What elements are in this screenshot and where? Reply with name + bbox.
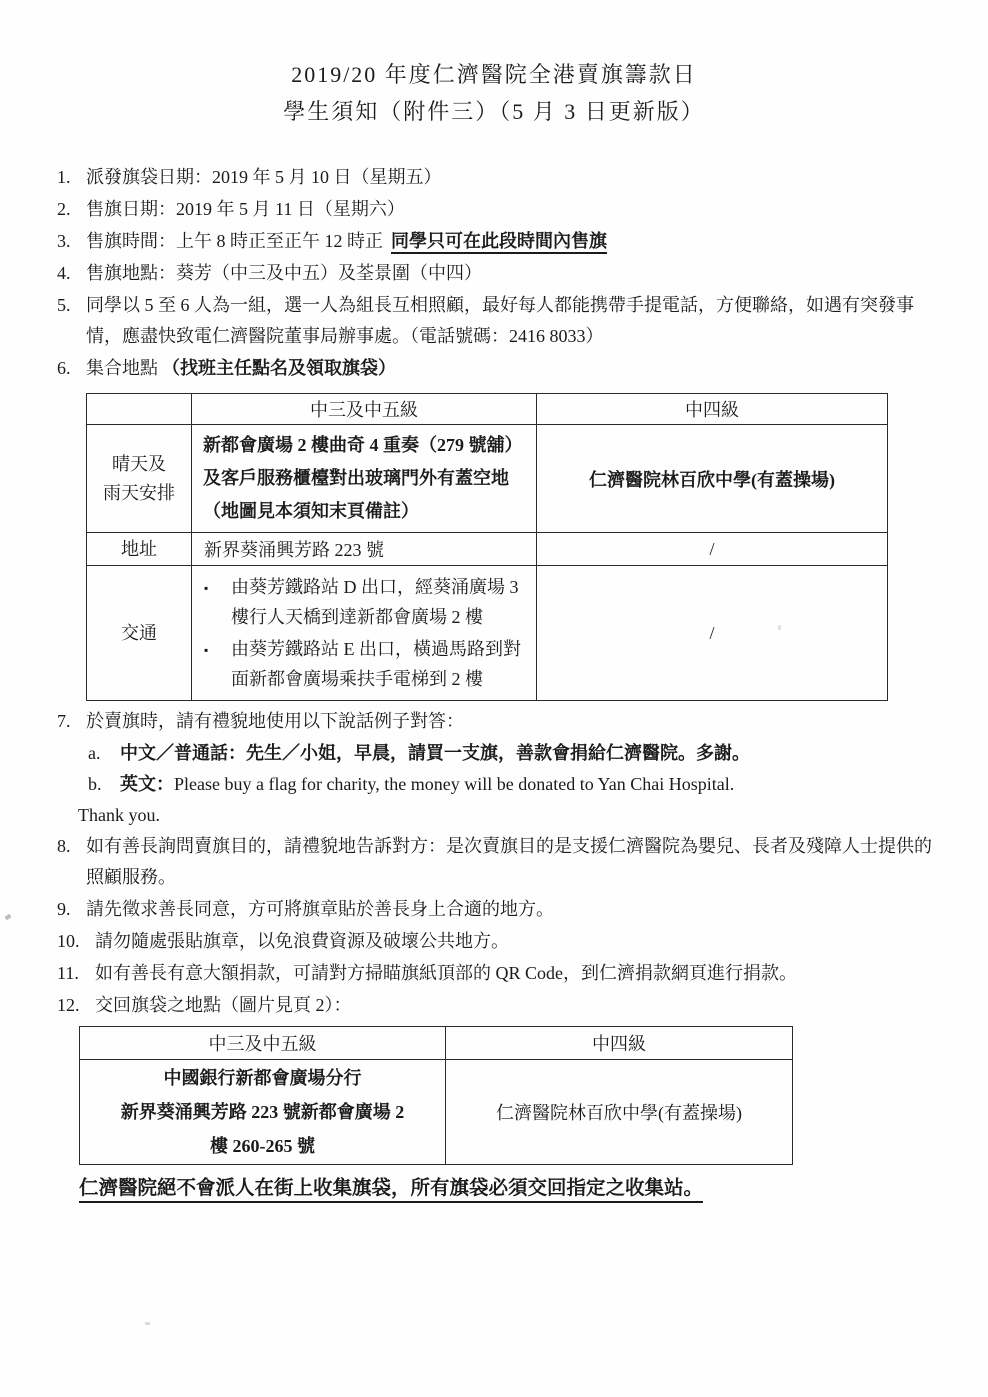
table-row-weather-arrangement: 晴天及 雨天安排 新都會廣場 2 樓曲奇 4 重奏（279 號舖）及客戶服務櫃檯… — [87, 425, 888, 533]
table-row-return-locations: 中國銀行新都會廣場分行 新界葵涌興芳路 223 號新都會廣場 2 樓 260-2… — [80, 1060, 793, 1165]
sub-item-text-english: 英文：Please buy a flag for charity, the mo… — [120, 769, 932, 800]
footer-warning-text: 仁濟醫院絕不會派人在街上收集旗袋，所有旗袋必須交回指定之收集站。 — [79, 1178, 703, 1203]
item-text-bold: （找班主任點名及領取旗袋） — [162, 358, 396, 378]
address-f4-na: / — [537, 533, 888, 566]
item-text: 售旗地點：葵芳（中三及中五）及荃景圍（中四） — [86, 258, 932, 289]
list-item-3: 3. 售旗時間：上午 8 時正至正午 12 時正同學只可在此段時間內售旗 — [57, 226, 932, 257]
square-bullet-icon: ▪ — [204, 634, 231, 694]
item-text: 如有善長有意大額捐款，可請對方掃瞄旗紙頂部的 QR Code，到仁濟捐款網頁進行… — [95, 958, 932, 989]
item-text: 派發旗袋日期：2019 年 5 月 10 日（星期五） — [86, 162, 932, 193]
list-item-10: 10. 請勿隨處張貼旗章，以免浪費資源及破壞公共地方。 — [57, 926, 932, 957]
scan-artifact-speck — [4, 914, 11, 921]
row-label-transport: 交通 — [87, 566, 192, 701]
item-text-emphasis-underlined: 同學只可在此段時間內售旗 — [391, 231, 607, 254]
item-text: 售旗時間：上午 8 時正至正午 12 時正同學只可在此段時間內售旗 — [86, 226, 932, 257]
item-number: 8. — [57, 831, 86, 893]
transport-directions-f3f5: ▪ 由葵芳鐵路站 D 出口，經葵涌廣場 3 樓行人天橋到達新都會廣場 2 樓 ▪… — [192, 566, 537, 701]
item-number: 2. — [57, 194, 86, 225]
table-row-transport: 交通 ▪ 由葵芳鐵路站 D 出口，經葵涌廣場 3 樓行人天橋到達新都會廣場 2 … — [87, 566, 888, 701]
list-item-4: 4. 售旗地點：葵芳（中三及中五）及荃景圍（中四） — [57, 258, 932, 289]
scanned-document-page: 2019/20 年度仁濟醫院全港賣旗籌款日 學生須知（附件三）（5 月 3 日更… — [0, 0, 988, 1397]
item-number: 7. — [57, 706, 86, 737]
list-item-7: 7. 於賣旗時，請有禮貌地使用以下說話例子對答： — [57, 706, 932, 737]
assembly-location-table: 中三及中五級 中四級 晴天及 雨天安排 新都會廣場 2 樓曲奇 4 重奏（279… — [86, 393, 888, 701]
document-title-line2: 學生須知（附件三）（5 月 3 日更新版） — [0, 93, 988, 130]
transport-f4-na: / — [537, 566, 888, 701]
item-number: 4. — [57, 258, 86, 289]
square-bullet-icon: ▪ — [204, 572, 231, 632]
transport-bullet-1: ▪ 由葵芳鐵路站 D 出口，經葵涌廣場 3 樓行人天橋到達新都會廣場 2 樓 — [204, 572, 526, 632]
row-label-weather: 晴天及 雨天安排 — [87, 425, 192, 533]
scan-artifact-speck — [778, 625, 781, 630]
address-f3f5: 新界葵涌興芳路 223 號 — [192, 533, 537, 566]
item-number: 3. — [57, 226, 86, 257]
item-text: 交回旗袋之地點（圖片見頁 2）： — [95, 990, 932, 1021]
table-header-row: 中三及中五級 中四級 — [87, 394, 888, 425]
item-text: 售旗日期：2019 年 5 月 11 日（星期六） — [86, 194, 932, 225]
item-number: 9. — [57, 894, 86, 925]
header-cell-f4: 中四級 — [537, 394, 888, 425]
footer-warning: 仁濟醫院絕不會派人在街上收集旗袋，所有旗袋必須交回指定之收集站。 — [79, 1174, 932, 1204]
item-number: 1. — [57, 162, 86, 193]
item-text: 集合地點（找班主任點名及領取旗袋） — [86, 353, 932, 384]
item-text-prefix: 集合地點 — [86, 358, 158, 378]
sub-item-label: b. — [88, 769, 120, 800]
list-item-8: 8. 如有善長詢問賣旗目的，請禮貌地告訴對方：是次賣旗目的是支援仁濟醫院為嬰兒、… — [57, 831, 932, 893]
list-item-9: 9. 請先徵求善長同意，方可將旗章貼於善長身上合適的地方。 — [57, 894, 932, 925]
item-number: 5. — [57, 290, 86, 352]
sub-item-text-bold-prefix: 英文： — [120, 774, 174, 794]
list-item-11: 11. 如有善長有意大額捐款，可請對方掃瞄旗紙頂部的 QR Code，到仁濟捐款… — [57, 958, 932, 989]
sub-item-text-chinese: 中文／普通話：先生／小姐，早晨，請買一支旗，善款會捐給仁濟醫院。多謝。 — [120, 738, 932, 769]
sub-item-text-body: Please buy a flag for charity, the money… — [174, 774, 734, 794]
weather-location-f3f5: 新都會廣場 2 樓曲奇 4 重奏（279 號舖）及客戶服務櫃檯對出玻璃門外有蓋空… — [192, 425, 537, 533]
return-location-f4: 仁濟醫院林百欣中學(有蓋操場) — [446, 1060, 793, 1165]
item-text: 請勿隨處張貼旗章，以免浪費資源及破壞公共地方。 — [95, 926, 932, 957]
header-cell-f3f5: 中三及中五級 — [192, 394, 537, 425]
item-text: 於賣旗時，請有禮貌地使用以下說話例子對答： — [86, 706, 932, 737]
row-label-address: 地址 — [87, 533, 192, 566]
document-title: 2019/20 年度仁濟醫院全港賣旗籌款日 學生須知（附件三）（5 月 3 日更… — [0, 0, 988, 130]
item-number: 11. — [57, 958, 95, 989]
list-item-1: 1. 派發旗袋日期：2019 年 5 月 10 日（星期五） — [57, 162, 932, 193]
document-title-line1: 2019/20 年度仁濟醫院全港賣旗籌款日 — [0, 56, 988, 93]
bullet-text: 由葵芳鐵路站 D 出口，經葵涌廣場 3 樓行人天橋到達新都會廣場 2 樓 — [231, 572, 526, 632]
scan-artifact-speck — [145, 1322, 150, 1325]
list-item-7b-continuation: Thank you. — [78, 800, 932, 831]
item-number: 6. — [57, 353, 86, 384]
list-item-2: 2. 售旗日期：2019 年 5 月 11 日（星期六） — [57, 194, 932, 225]
sub-item-label: a. — [88, 738, 120, 769]
transport-bullet-list: ▪ 由葵芳鐵路站 D 出口，經葵涌廣場 3 樓行人天橋到達新都會廣場 2 樓 ▪… — [192, 566, 536, 700]
list-item-6: 6. 集合地點（找班主任點名及領取旗袋） — [57, 353, 932, 384]
list-item-7b: b. 英文：Please buy a flag for charity, the… — [88, 769, 932, 800]
notice-body: 1. 派發旗袋日期：2019 年 5 月 10 日（星期五） 2. 售旗日期：2… — [57, 162, 932, 1204]
table-row-address: 地址 新界葵涌興芳路 223 號 / — [87, 533, 888, 566]
item-number: 12. — [57, 990, 95, 1021]
list-item-5: 5. 同學以 5 至 6 人為一組，選一人為組長互相照顧，最好每人都能携帶手提電… — [57, 290, 932, 352]
header-cell-empty — [87, 394, 192, 425]
list-item-7a: a. 中文／普通話：先生／小姐，早晨，請買一支旗，善款會捐給仁濟醫院。多謝。 — [88, 738, 932, 769]
flag-bag-return-table: 中三及中五級 中四級 中國銀行新都會廣場分行 新界葵涌興芳路 223 號新都會廣… — [79, 1026, 793, 1165]
item-text-prefix: 售旗時間：上午 8 時正至正午 12 時正 — [86, 231, 383, 251]
list-item-12: 12. 交回旗袋之地點（圖片見頁 2）： — [57, 990, 932, 1021]
item-text: 如有善長詢問賣旗目的，請禮貌地告訴對方：是次賣旗目的是支援仁濟醫院為嬰兒、長者及… — [86, 831, 932, 893]
header-cell-f4: 中四級 — [446, 1027, 793, 1060]
item-text: 同學以 5 至 6 人為一組，選一人為組長互相照顧，最好每人都能携帶手提電話，方… — [86, 290, 932, 352]
header-cell-f3f5: 中三及中五級 — [80, 1027, 446, 1060]
transport-bullet-2: ▪ 由葵芳鐵路站 E 出口，橫過馬路到對面新都會廣場乘扶手電梯到 2 樓 — [204, 634, 526, 694]
table-header-row: 中三及中五級 中四級 — [80, 1027, 793, 1060]
weather-location-f4: 仁濟醫院林百欣中學(有蓋操場) — [537, 425, 888, 533]
item-number: 10. — [57, 926, 95, 957]
bullet-text: 由葵芳鐵路站 E 出口，橫過馬路到對面新都會廣場乘扶手電梯到 2 樓 — [231, 634, 526, 694]
return-location-f3f5: 中國銀行新都會廣場分行 新界葵涌興芳路 223 號新都會廣場 2 樓 260-2… — [80, 1060, 446, 1165]
item-text: 請先徵求善長同意，方可將旗章貼於善長身上合適的地方。 — [86, 894, 932, 925]
